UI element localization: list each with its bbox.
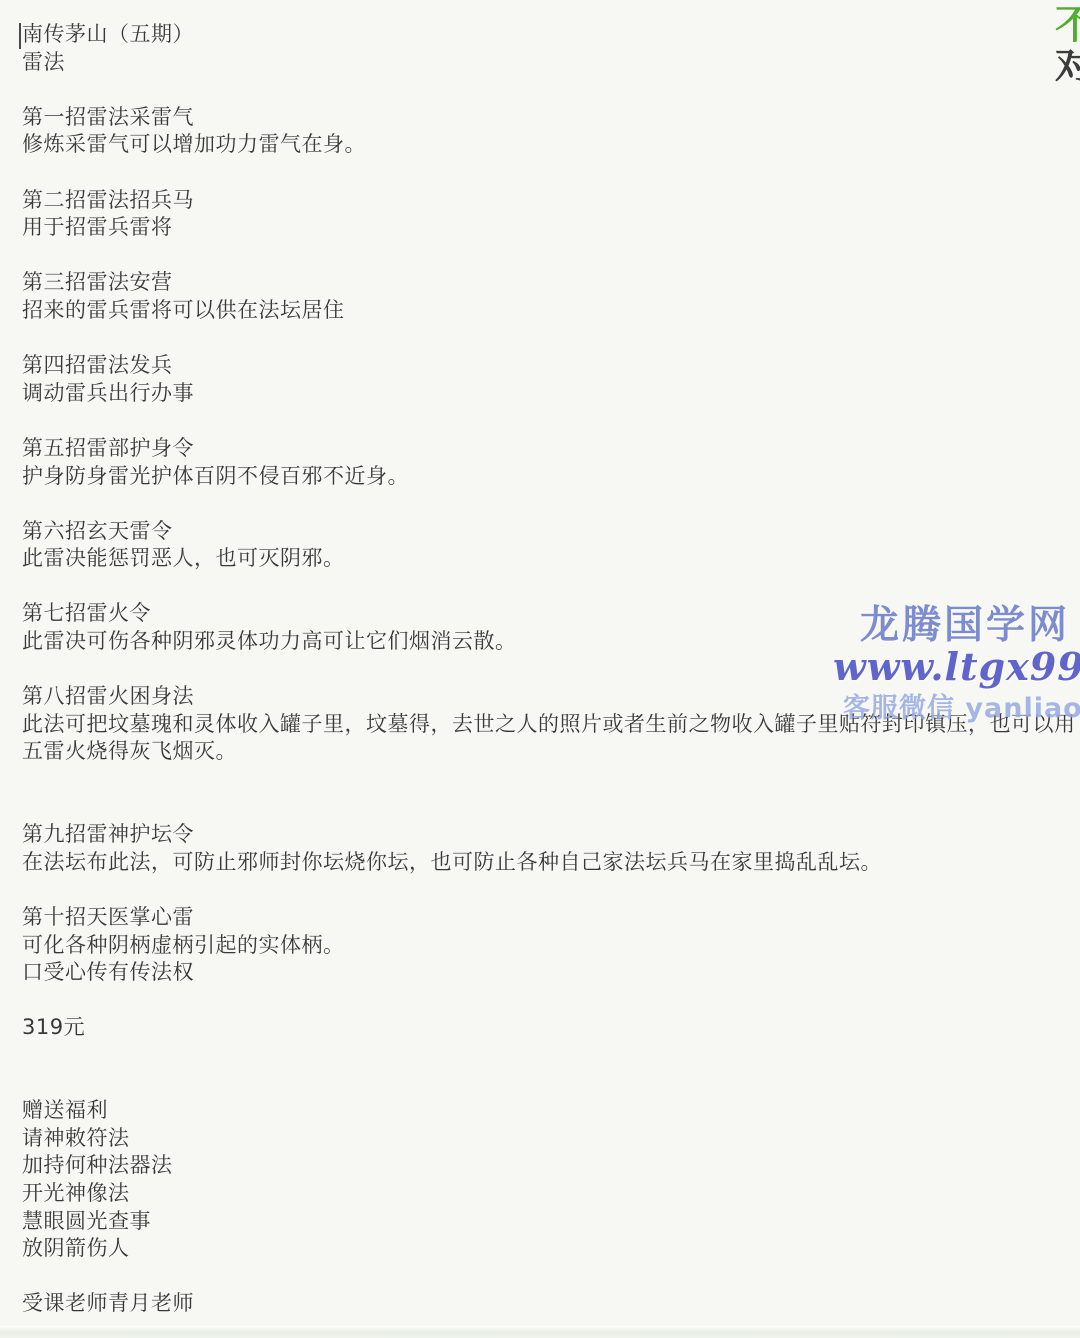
- blank-line: [22, 1263, 1080, 1291]
- text-line: 在法坛布此法，可防止邪师封你坛烧你坛，也可防止各种自己家法坛兵马在家里捣乱乱坛。: [22, 849, 1080, 877]
- text-line: 此雷决能惩罚恶人，也可灭阴邪。: [22, 545, 1080, 573]
- text-line: 五雷火烧得灰飞烟灭。: [22, 738, 1080, 766]
- text-line: 第九招雷神护坛令: [22, 821, 1080, 849]
- blank-line: [22, 987, 1080, 1015]
- text-line: 护身防身雷光护体百阴不侵百邪不近身。: [22, 463, 1080, 491]
- watermark-site-name: 龙腾国学网: [860, 594, 1070, 650]
- text-line: 第五招雷部护身令: [22, 435, 1080, 463]
- text-line: 第六招玄天雷令: [22, 518, 1080, 546]
- blank-line: [22, 794, 1080, 822]
- text-line: 招来的雷兵雷将可以供在法坛居住: [22, 297, 1080, 325]
- blank-line: [22, 325, 1080, 353]
- text-line: 雷法: [22, 49, 1080, 77]
- bottom-strip: [0, 1326, 1080, 1338]
- text-cursor: [19, 23, 21, 49]
- blank-line: [22, 1042, 1080, 1070]
- text-line: 第四招雷法发兵: [22, 352, 1080, 380]
- text-line: 用于招雷兵雷将: [22, 214, 1080, 242]
- clipped-dark-char: 对: [1055, 46, 1080, 86]
- text-line: 第十招天医掌心雷: [22, 904, 1080, 932]
- text-line: 放阴箭伤人: [22, 1235, 1080, 1263]
- text-line: 赠送福利: [22, 1097, 1080, 1125]
- text-line: 可化各种阴柄虚柄引起的实体柄。: [22, 932, 1080, 960]
- blank-line: [22, 407, 1080, 435]
- watermark-contact: 客服微信 yanliaofan225: [843, 686, 1080, 725]
- text-line: 调动雷兵出行办事: [22, 380, 1080, 408]
- blank-line: [22, 242, 1080, 270]
- text-line: 开光神像法: [22, 1180, 1080, 1208]
- blank-line: [22, 766, 1080, 794]
- text-line: 请神敕符法: [22, 1125, 1080, 1153]
- blank-line: [22, 159, 1080, 187]
- watermark-site-url: www.ltgx99.com: [833, 644, 1080, 689]
- document-page[interactable]: 南传茅山（五期）雷法 第一招雷法采雷气修炼采雷气可以增加功力雷气在身。 第二招雷…: [0, 0, 1080, 1338]
- blank-line: [22, 490, 1080, 518]
- text-line: 第三招雷法安营: [22, 269, 1080, 297]
- blank-line: [22, 76, 1080, 104]
- text-line: 加持何种法器法: [22, 1152, 1080, 1180]
- text-line: 受课老师青月老师: [22, 1290, 1080, 1318]
- text-line: 319元: [22, 1014, 1080, 1042]
- text-line: 第一招雷法采雷气: [22, 104, 1080, 132]
- text-line: 第二招雷法招兵马: [22, 187, 1080, 215]
- blank-line: [22, 876, 1080, 904]
- text-line: 慧眼圆光查事: [22, 1208, 1080, 1236]
- text-line: 口受心传有传法权: [22, 959, 1080, 987]
- clipped-green-char: 不: [1055, 4, 1080, 46]
- blank-line: [22, 1070, 1080, 1098]
- text-line: 南传茅山（五期）: [22, 21, 1080, 49]
- text-line: 修炼采雷气可以增加功力雷气在身。: [22, 131, 1080, 159]
